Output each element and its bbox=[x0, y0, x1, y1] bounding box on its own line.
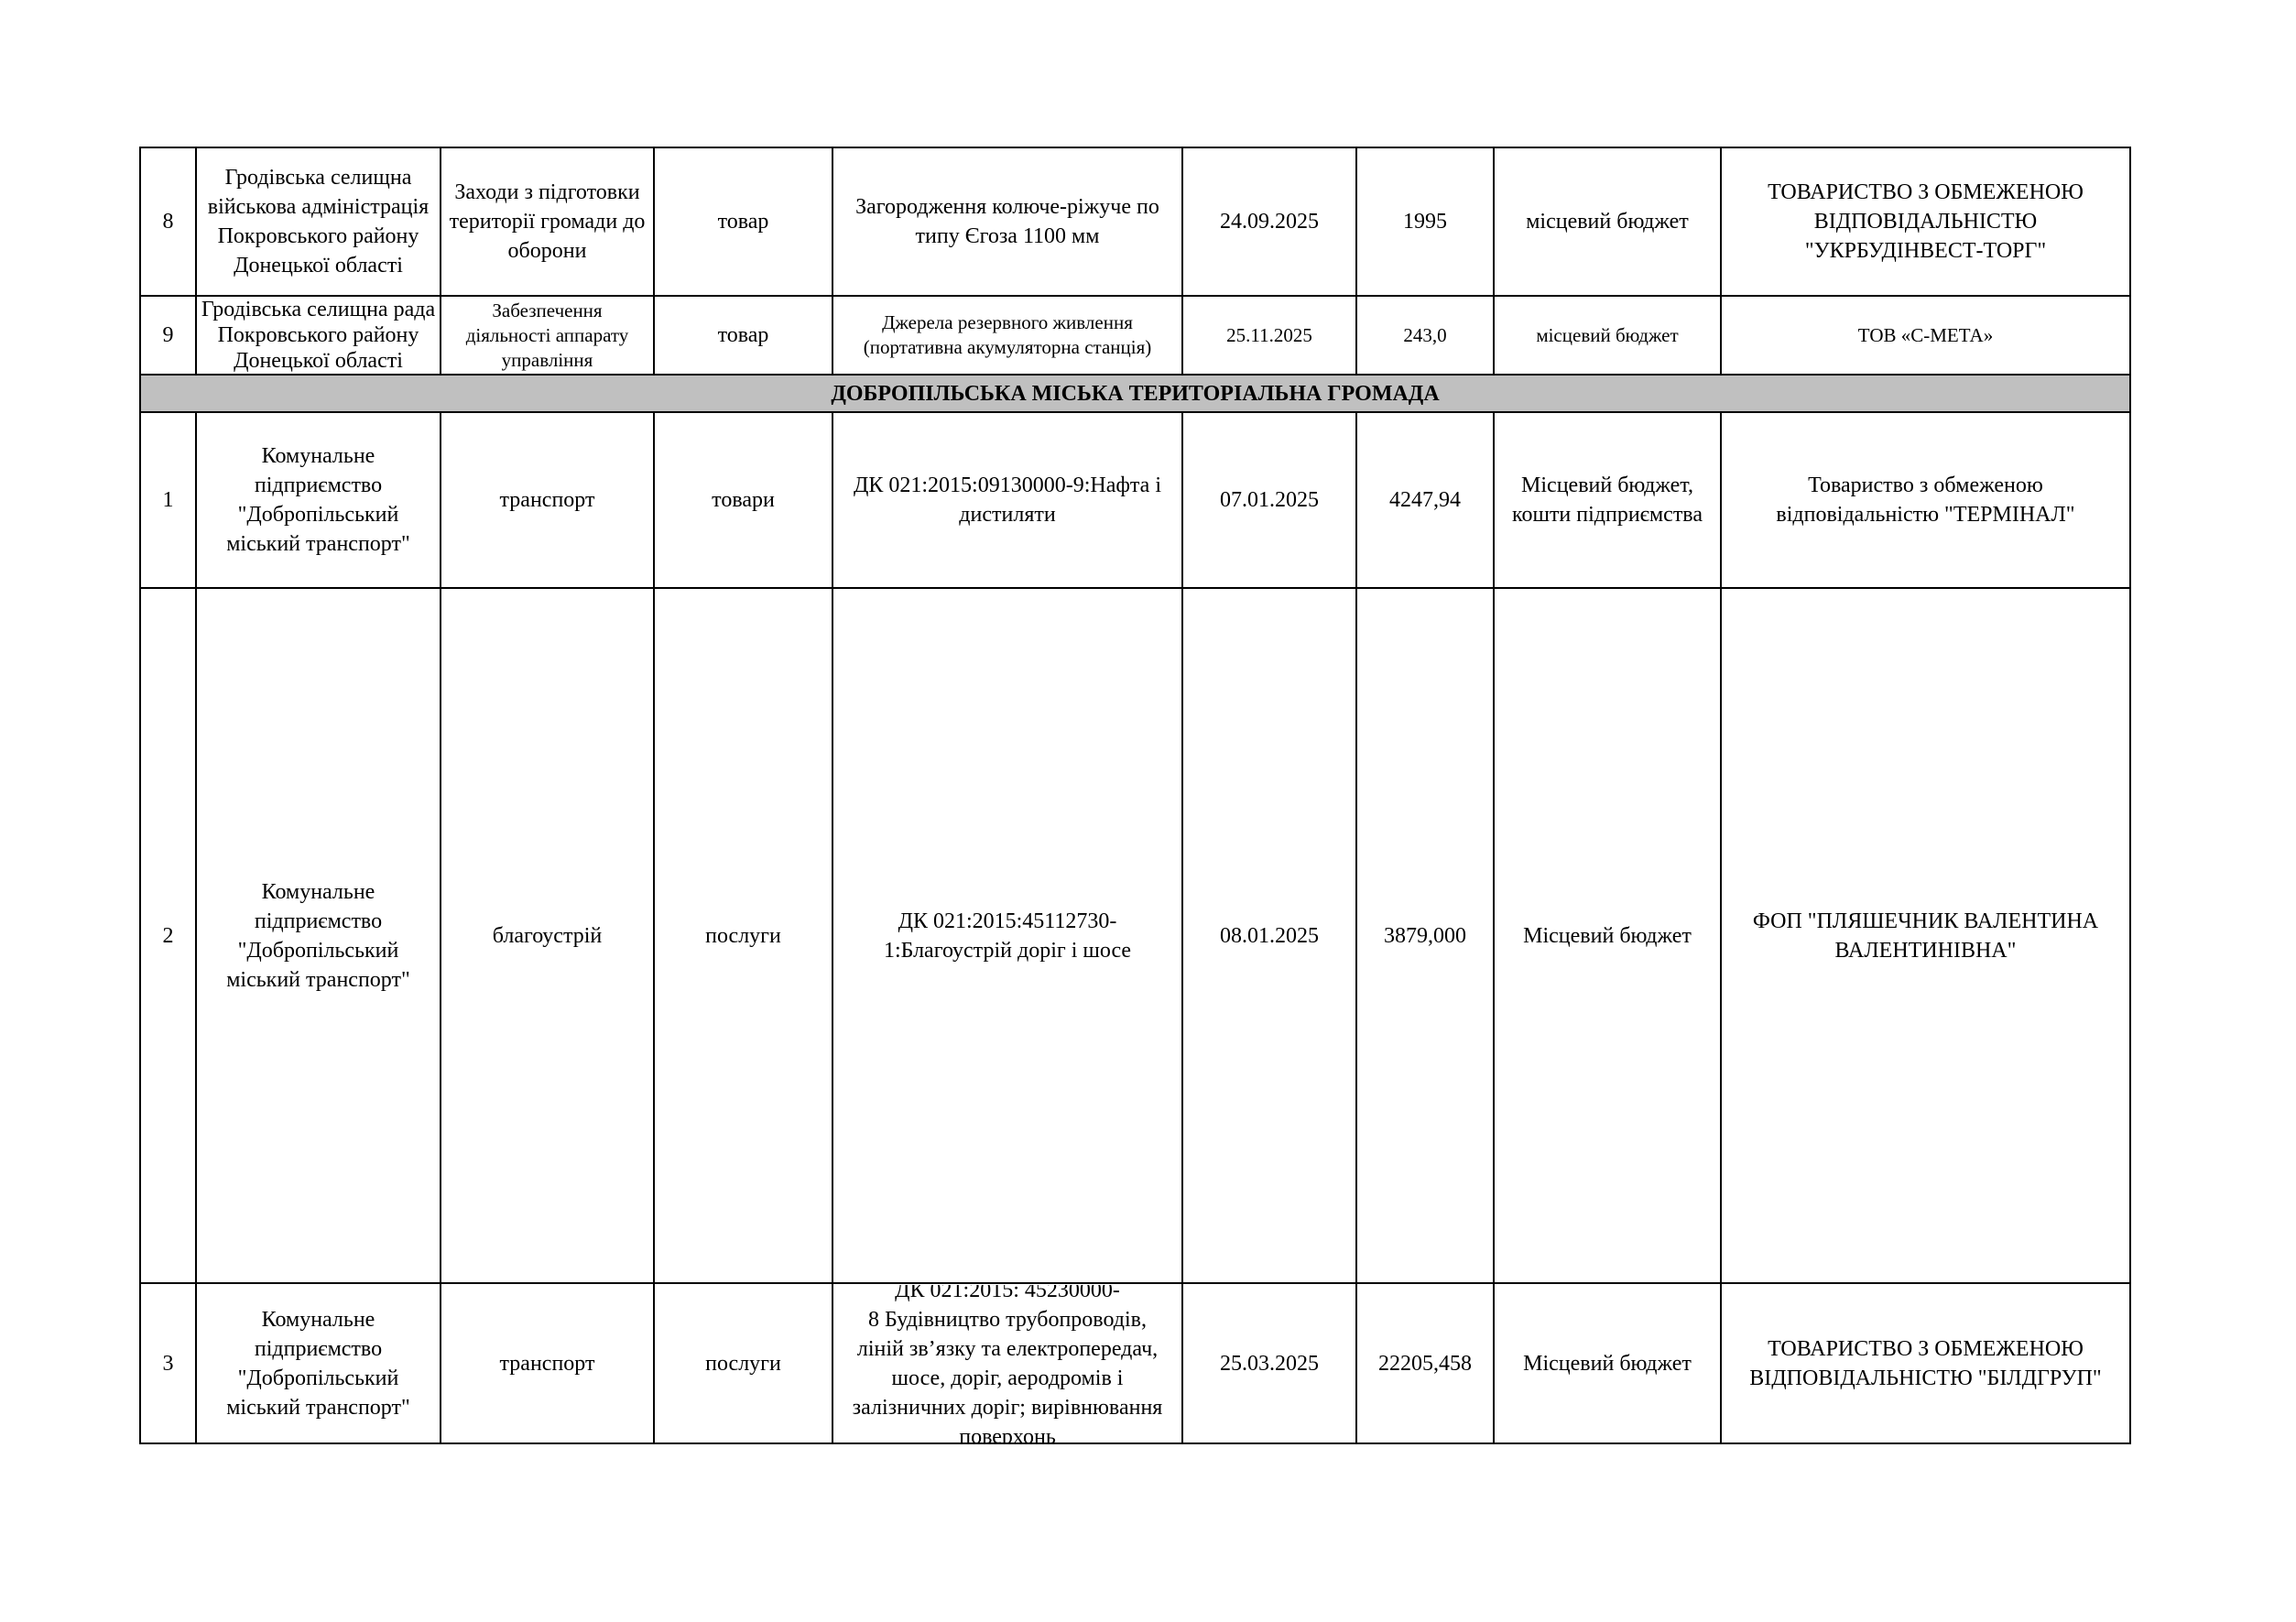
cell-number: 2 bbox=[140, 588, 196, 1283]
cell-subject: ДК 021:2015:45112730- 1:Благоустрій дорі… bbox=[832, 588, 1182, 1283]
cell-date: 08.01.2025 bbox=[1182, 588, 1356, 1283]
cell-type: послуги bbox=[654, 1283, 832, 1443]
cell-funding: місцевий бюджет bbox=[1494, 296, 1721, 375]
cell-date: 24.09.2025 bbox=[1182, 147, 1356, 296]
cell-supplier: ФОП "ПЛЯШЕЧНИК ВАЛЕНТИНА ВАЛЕНТИНІВНА" bbox=[1721, 588, 2130, 1283]
section-header-row: ДОБРОПІЛЬСЬКА МІСЬКА ТЕРИТОРІАЛЬНА ГРОМА… bbox=[140, 375, 2130, 412]
cell-customer: Гродівська селищна рада Покровського рай… bbox=[196, 296, 441, 375]
cell-date: 07.01.2025 bbox=[1182, 412, 1356, 588]
cell-amount: 22205,458 bbox=[1356, 1283, 1494, 1443]
table-row: 1 Комунальне підприємство "Добропільськи… bbox=[140, 412, 2130, 588]
cell-purpose: Заходи з підготовки території громади до… bbox=[441, 147, 654, 296]
table-row: 9 Гродівська селищна рада Покровського р… bbox=[140, 296, 2130, 375]
cell-number: 1 bbox=[140, 412, 196, 588]
cell-amount: 3879,000 bbox=[1356, 588, 1494, 1283]
cell-customer: Комунальне підприємство "Добропільський … bbox=[196, 588, 441, 1283]
cell-date: 25.03.2025 bbox=[1182, 1283, 1356, 1443]
cell-customer: Комунальне підприємство "Добропільський … bbox=[196, 1283, 441, 1443]
cell-number: 9 bbox=[140, 296, 196, 375]
cell-supplier: Товариство з обмеженою відповідальністю … bbox=[1721, 412, 2130, 588]
table-row: 3 Комунальне підприємство "Добропільськи… bbox=[140, 1283, 2130, 1443]
cell-customer: Гродівська селищна військова адміністрац… bbox=[196, 147, 441, 296]
cell-supplier: ТОВАРИСТВО З ОБМЕЖЕНОЮ ВІДПОВІДАЛЬНІСТЮ … bbox=[1721, 147, 2130, 296]
cell-date: 25.11.2025 bbox=[1182, 296, 1356, 375]
cell-purpose: транспорт bbox=[441, 1283, 654, 1443]
cell-purpose: Забезпечення діяльності аппарату управлі… bbox=[441, 296, 654, 375]
cell-funding: Місцевий бюджет, кошти підприємства bbox=[1494, 412, 1721, 588]
cell-number: 3 bbox=[140, 1283, 196, 1443]
cell-type: товар bbox=[654, 147, 832, 296]
cell-type: послуги bbox=[654, 588, 832, 1283]
cell-purpose: транспорт bbox=[441, 412, 654, 588]
cell-subject: Джерела резервного живлення (портативна … bbox=[832, 296, 1182, 375]
cell-supplier: ТОВ «С-МЕТА» bbox=[1721, 296, 2130, 375]
cell-type: товар bbox=[654, 296, 832, 375]
cell-subject: ДК 021:2015:09130000-9:Нафта і дистиляти bbox=[832, 412, 1182, 588]
section-title: ДОБРОПІЛЬСЬКА МІСЬКА ТЕРИТОРІАЛЬНА ГРОМА… bbox=[140, 375, 2130, 412]
cell-supplier: ТОВАРИСТВО З ОБМЕЖЕНОЮ ВІДПОВІДАЛЬНІСТЮ … bbox=[1721, 1283, 2130, 1443]
cell-funding: Місцевий бюджет bbox=[1494, 1283, 1721, 1443]
cell-amount: 1995 bbox=[1356, 147, 1494, 296]
procurement-table: 8 Гродівська селищна військова адміністр… bbox=[139, 147, 2131, 1444]
cell-customer: Комунальне підприємство "Добропільський … bbox=[196, 412, 441, 588]
cell-subject: ДК 021:2015: 45230000- 8 Будівництво тру… bbox=[832, 1283, 1182, 1443]
cell-funding: місцевий бюджет bbox=[1494, 147, 1721, 296]
table-row: 2 Комунальне підприємство "Добропільськи… bbox=[140, 588, 2130, 1283]
cell-number: 8 bbox=[140, 147, 196, 296]
cell-type: товари bbox=[654, 412, 832, 588]
cell-subject: Загородження колюче-ріжуче по типу Єгоза… bbox=[832, 147, 1182, 296]
table-row: 8 Гродівська селищна військова адміністр… bbox=[140, 147, 2130, 296]
cell-amount: 4247,94 bbox=[1356, 412, 1494, 588]
cell-funding: Місцевий бюджет bbox=[1494, 588, 1721, 1283]
cell-purpose: благоустрій bbox=[441, 588, 654, 1283]
cell-amount: 243,0 bbox=[1356, 296, 1494, 375]
